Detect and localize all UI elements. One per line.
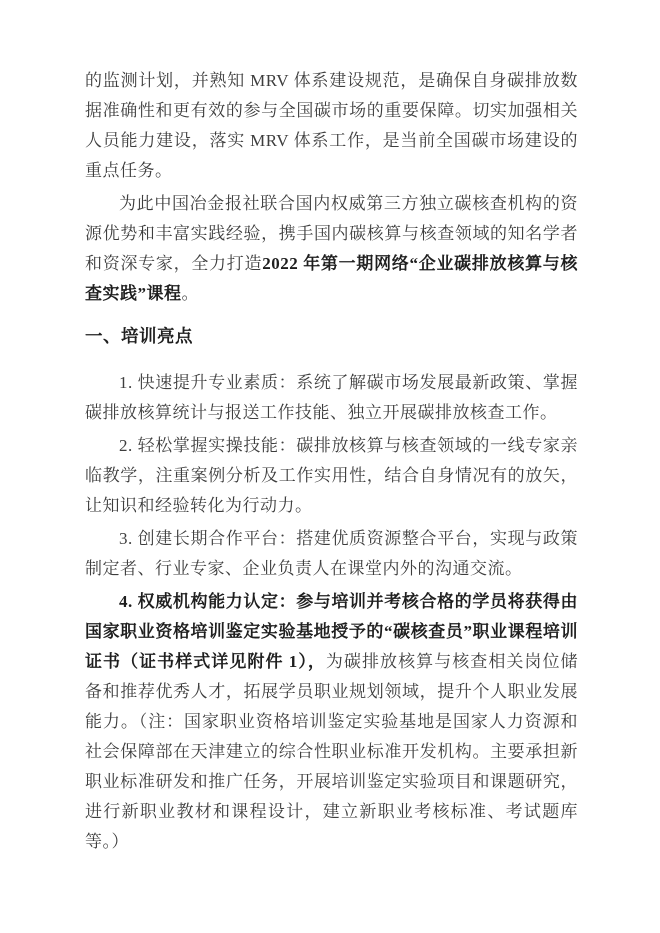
highlight-item-4-regular-text: 为碳排放核算与核查相关岗位储备和推荐优秀人才，拓展学员职业规划领域，提升个人职业… (85, 652, 578, 851)
highlight-item-3: 3. 创建长期合作平台：搭建优质资源整合平台，实现与政策制定者、行业专家、企业负… (85, 524, 578, 584)
highlight-item-4: 4. 权威机构能力认定：参与培训并考核合格的学员将获得由国家职业资格培训鉴定实验… (85, 587, 578, 857)
highlight-item-1: 1. 快速提升专业素质：系统了解碳市场发展最新政策、掌握碳排放核算统计与报送工作… (85, 368, 578, 428)
paragraph-course-intro: 为此中国冶金报社联合国内权威第三方独立碳核查机构的资源优势和丰富实践经验，携手国… (85, 189, 578, 309)
paragraph-course-intro-period: 。 (182, 284, 200, 303)
heading-training-highlights: 一、培训亮点 (85, 321, 578, 351)
document-page: 的监测计划，并熟知 MRV 体系建设规范，是确保自身碳排放数据准确性和更有效的参… (0, 0, 660, 933)
paragraph-mrv-continuation: 的监测计划，并熟知 MRV 体系建设规范，是确保自身碳排放数据准确性和更有效的参… (85, 66, 578, 186)
highlight-item-2: 2. 轻松掌握实操技能：碳排放核算与核查领域的一线专家亲临教学，注重案例分析及工… (85, 431, 578, 521)
